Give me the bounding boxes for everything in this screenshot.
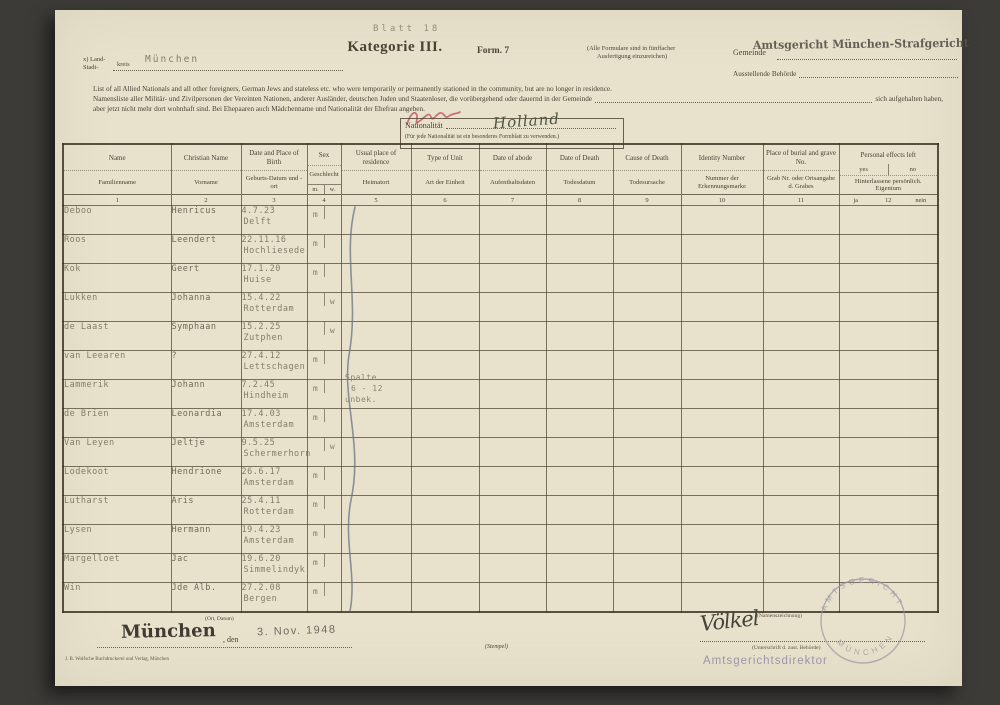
cell-sex: m	[307, 409, 341, 438]
cell-empty	[411, 467, 479, 496]
col-header-3: Date and Place of BirthGeburts-Datum und…	[241, 144, 307, 206]
cell-empty	[411, 438, 479, 467]
cell-empty	[613, 496, 681, 525]
cell-empty	[479, 206, 546, 235]
birth-place: Huise	[242, 275, 307, 286]
header-en: Christian Name	[172, 145, 241, 170]
cell-sex: m	[307, 554, 341, 583]
cell-birth: 27.4.12Lettschagen	[241, 351, 307, 380]
cell-empty	[479, 322, 546, 351]
cell-empty	[613, 264, 681, 293]
cell-empty	[763, 206, 839, 235]
cell-empty	[546, 235, 613, 264]
kreis-prefix-label: x) Land-	[83, 56, 106, 64]
cell-empty	[763, 380, 839, 409]
cell-vorname: Geert	[171, 264, 241, 293]
header-en: Type of Unit	[412, 145, 479, 170]
header-de: Todesdatum	[547, 170, 613, 194]
cell-sex: w	[307, 322, 341, 351]
city-stamp: München	[121, 620, 216, 643]
yes-no-subheader: yesno	[840, 164, 938, 175]
header-de: Grab Nr. oder Ortsangabe d. Grabes	[764, 170, 839, 194]
col-header-1: NameFamilienname1	[63, 144, 171, 206]
cell-vorname: Jde Alb.	[171, 583, 241, 612]
cell-empty	[681, 293, 763, 322]
cell-empty	[681, 409, 763, 438]
copies-note-line2: Ausfertigung einzureichen)	[587, 53, 747, 61]
header-num: 10	[682, 194, 763, 205]
header-de: Todesursache	[614, 170, 681, 194]
cell-empty	[839, 380, 938, 409]
kreis-block: x) Land- Stadt- kreis München	[83, 54, 403, 78]
court-name-stamp: Amtsgericht München-Strafgericht	[753, 36, 957, 52]
cell-sex: m	[307, 525, 341, 554]
cell-vorname: Jeltje	[171, 438, 241, 467]
sex-split: m	[308, 264, 341, 277]
table-row: LutharstAris25.4.11Rotterdamm	[63, 496, 938, 525]
cell-empty	[763, 467, 839, 496]
cell-empty	[613, 525, 681, 554]
sex-split: m	[308, 235, 341, 248]
cell-empty	[613, 322, 681, 351]
cell-empty	[411, 322, 479, 351]
sex-split: m	[308, 525, 341, 538]
annotation-line1: Spalte	[345, 372, 383, 383]
cell-empty	[411, 206, 479, 235]
col-header-12: Personal effects leftyesnoHinterlassene …	[839, 144, 938, 206]
col-header-9: Cause of DeathTodesursache9	[613, 144, 681, 206]
birth-date: 7.2.45	[242, 380, 307, 391]
cell-empty	[411, 554, 479, 583]
cell-empty	[613, 206, 681, 235]
birth-place: Amsterdam	[242, 478, 307, 489]
cell-birth: 26.6.17Amsterdam	[241, 467, 307, 496]
date-rule	[97, 647, 352, 648]
stempel-label: (Stempel)	[485, 644, 508, 650]
table-row: LysenHermann19.4.23Amsterdamm	[63, 525, 938, 554]
table-row: LodekootHendrione26.6.17Amsterdamm	[63, 467, 938, 496]
birth-date: 26.6.17	[242, 467, 307, 478]
signature-above-label: (Namenszeichnung)	[757, 613, 802, 619]
cell-empty	[681, 380, 763, 409]
cell-birth: 19.6.20Simmelindyk	[241, 554, 307, 583]
cell-empty	[546, 467, 613, 496]
columns-unknown-annotation: Spalte 6 - 12 unbek.	[345, 372, 383, 405]
date-stamp: 3. Nov. 1948	[257, 624, 337, 639]
col-header-10: Identity NumberNummer der Erkennungsmark…	[681, 144, 763, 206]
signature-below-label: (Unterschrift d. zust. Behörde)	[752, 645, 821, 651]
gemeinde-rule	[777, 59, 957, 60]
header-de: Nummer der Erkennungsmarke	[682, 170, 763, 194]
cell-empty	[546, 438, 613, 467]
sex-split: w	[308, 438, 341, 451]
table-row: RoosLeendert22.11.16Hochliesedem	[63, 235, 938, 264]
cell-empty	[411, 380, 479, 409]
cell-empty	[411, 409, 479, 438]
cell-vorname: Hendrione	[171, 467, 241, 496]
cell-birth: 4.7.23Delft	[241, 206, 307, 235]
cell-birth: 15.4.22Rotterdam	[241, 293, 307, 322]
column-brace-mark	[339, 205, 373, 613]
cell-name: Lutharst	[63, 496, 171, 525]
den-label: , den	[223, 635, 239, 644]
court-round-seal: AMTSGERICHT MÜNCHEN	[815, 573, 911, 669]
cell-empty	[839, 235, 938, 264]
cell-empty	[839, 525, 938, 554]
behoerde-label: Ausstellende Behörde	[733, 70, 796, 80]
cell-sex: m	[307, 380, 341, 409]
ja-nein-subheader: ja12nein	[840, 194, 938, 205]
header-en: Date and Place of Birth	[242, 145, 307, 170]
table-row: DebooHenricus4.7.23Delftm	[63, 206, 938, 235]
intro-line1: List of all Allied Nationals and all oth…	[93, 85, 943, 95]
cell-empty	[763, 351, 839, 380]
table-row: de BrienLeonardia17.4.03Amsterdamm	[63, 409, 938, 438]
printer-imprint: J. B. Wolfsche Buchdruckerei und Verlag,…	[65, 657, 169, 662]
seal-bottom-text: MÜNCHEN	[835, 631, 896, 657]
cell-name: de Brien	[63, 409, 171, 438]
direktor-title-stamp: Amtsgerichtsdirektor	[703, 655, 828, 667]
cell-empty	[613, 380, 681, 409]
header-en: Date of Death	[547, 145, 613, 170]
birth-place: Schermerhorn	[242, 449, 307, 460]
intro-line2: Namensliste aller Militär- und Zivilpers…	[93, 95, 943, 105]
header-de: Hinterlassene persönlich. Eigentum	[840, 175, 938, 194]
birth-date: 19.6.20	[242, 554, 307, 565]
form-number: Form. 7	[477, 46, 509, 56]
cell-empty	[763, 525, 839, 554]
cell-empty	[681, 206, 763, 235]
seal-top-text: AMTSGERICHT	[819, 576, 905, 612]
cell-empty	[479, 293, 546, 322]
cell-birth: 17.4.03Amsterdam	[241, 409, 307, 438]
sex-split: m	[308, 583, 341, 596]
cell-empty	[763, 496, 839, 525]
intro-line2-tail: sich aufgehalten haben,	[875, 95, 943, 105]
col-header-4: SexGeschlechtm.w.4	[307, 144, 341, 206]
header-num: 6	[412, 194, 479, 205]
cell-sex: w	[307, 293, 341, 322]
cell-empty	[411, 496, 479, 525]
cell-birth: 25.4.11Rotterdam	[241, 496, 307, 525]
cell-empty	[546, 496, 613, 525]
cell-empty	[411, 351, 479, 380]
cell-empty	[839, 206, 938, 235]
cell-empty	[681, 322, 763, 351]
cell-vorname: Aris	[171, 496, 241, 525]
cell-empty	[546, 409, 613, 438]
birth-date: 25.4.11	[242, 496, 307, 507]
cell-empty	[681, 351, 763, 380]
cell-name: de Laast	[63, 322, 171, 351]
page-title: Kategorie III.	[295, 39, 495, 56]
cell-name: Lodekoot	[63, 467, 171, 496]
nationality-note: (Für jede Nationalität ist ein besondere…	[405, 134, 619, 140]
birth-place: Hochliesede	[242, 246, 307, 257]
cell-vorname: Leendert	[171, 235, 241, 264]
cell-empty	[479, 496, 546, 525]
cell-empty	[479, 525, 546, 554]
table-row: WinJde Alb.27.2.08Bergenm	[63, 583, 938, 612]
cell-empty	[839, 351, 938, 380]
cell-sex: m	[307, 206, 341, 235]
cell-vorname: Leonardia	[171, 409, 241, 438]
cell-empty	[763, 409, 839, 438]
birth-place: Rotterdam	[242, 507, 307, 518]
sex-split: m	[308, 351, 341, 364]
birth-date: 22.11.16	[242, 235, 307, 246]
sheet-number-stamp: Blatt 18	[373, 24, 440, 34]
header-en: Usual place of residence	[342, 145, 411, 170]
birth-place: Hindheim	[242, 391, 307, 402]
cell-name: Win	[63, 583, 171, 612]
header-num: 1	[64, 194, 171, 205]
cell-empty	[546, 206, 613, 235]
kreis-line2-label: Stadt-	[83, 64, 106, 72]
cell-empty	[763, 322, 839, 351]
cell-sex: w	[307, 438, 341, 467]
cell-empty	[681, 525, 763, 554]
cell-sex: m	[307, 496, 341, 525]
header-en: Identity Number	[682, 145, 763, 170]
cell-empty	[839, 264, 938, 293]
table-row: Van LeyenJeltje9.5.25Schermerhornw	[63, 438, 938, 467]
cell-empty	[839, 438, 938, 467]
cell-empty	[613, 554, 681, 583]
cell-empty	[479, 467, 546, 496]
cell-empty	[839, 467, 938, 496]
cell-empty	[546, 525, 613, 554]
cell-empty	[839, 322, 938, 351]
birth-place: Amsterdam	[242, 420, 307, 431]
cell-name: Deboo	[63, 206, 171, 235]
birth-date: 4.7.23	[242, 206, 307, 217]
cell-birth: 7.2.45Hindheim	[241, 380, 307, 409]
sex-split: m	[308, 206, 341, 219]
intro-paragraph: List of all Allied Nationals and all oth…	[93, 85, 943, 114]
kreis-value: München	[145, 54, 199, 65]
header-num: 3	[242, 194, 307, 205]
table-row: LukkenJohanna15.4.22Rotterdamw	[63, 293, 938, 322]
cell-empty	[411, 293, 479, 322]
cell-empty	[681, 496, 763, 525]
cell-empty	[546, 554, 613, 583]
cell-vorname: Johann	[171, 380, 241, 409]
cell-birth: 27.2.08Bergen	[241, 583, 307, 612]
birth-date: 15.2.25	[242, 322, 307, 333]
cell-empty	[613, 467, 681, 496]
sex-split: w	[308, 293, 341, 306]
cell-empty	[479, 554, 546, 583]
cell-empty	[479, 409, 546, 438]
sex-split: m	[308, 467, 341, 480]
cell-birth: 15.2.25Zutphen	[241, 322, 307, 351]
header-en: Sex	[308, 145, 341, 165]
cell-sex: m	[307, 264, 341, 293]
cell-name: Lammerik	[63, 380, 171, 409]
cell-empty	[763, 438, 839, 467]
cell-sex: m	[307, 235, 341, 264]
cell-vorname: Jac	[171, 554, 241, 583]
birth-place: Delft	[242, 217, 307, 228]
header-de: Geschlecht	[308, 165, 341, 184]
cell-empty	[546, 583, 613, 612]
header-en: Personal effects left	[840, 145, 938, 164]
cell-empty	[763, 293, 839, 322]
cell-empty	[479, 583, 546, 612]
kreis-rule	[113, 70, 343, 71]
sex-split: m	[308, 496, 341, 509]
birth-date: 17.4.03	[242, 409, 307, 420]
sex-split: m	[308, 554, 341, 567]
header-num: 8	[547, 194, 613, 205]
col-header-6: Type of UnitArt der Einheit6	[411, 144, 479, 206]
cell-empty	[681, 467, 763, 496]
sex-split: w	[308, 322, 341, 335]
copies-note-line1: (Alle Formulare sind in fünffacher	[587, 45, 747, 53]
registry-table: NameFamilienname1Christian NameVorname2D…	[62, 143, 939, 613]
birth-date: 17.1.20	[242, 264, 307, 275]
cell-empty	[546, 264, 613, 293]
header-de: Familienname	[64, 170, 171, 194]
header-num: 9	[614, 194, 681, 205]
cell-empty	[546, 293, 613, 322]
cell-empty	[479, 380, 546, 409]
cell-empty	[681, 264, 763, 293]
cell-empty	[681, 438, 763, 467]
annotation-line2: 6 - 12	[345, 383, 383, 394]
header-num: 11	[764, 194, 839, 205]
cell-name: Lukken	[63, 293, 171, 322]
intro-line2-text: Namensliste aller Militär- und Zivilpers…	[93, 95, 592, 105]
cell-name: Lysen	[63, 525, 171, 554]
table-row: van Leearen?27.4.12Lettschagenm	[63, 351, 938, 380]
cell-empty	[479, 264, 546, 293]
intro-line2-blank	[595, 95, 872, 103]
cell-empty	[839, 409, 938, 438]
header-de: Geburts-Datum und -ort	[242, 170, 307, 194]
svg-text:MÜNCHEN: MÜNCHEN	[835, 631, 896, 657]
cell-sex: m	[307, 467, 341, 496]
cell-vorname: Hermann	[171, 525, 241, 554]
col-header-8: Date of DeathTodesdatum8	[546, 144, 613, 206]
birth-place: Zutphen	[242, 333, 307, 344]
cell-empty	[479, 351, 546, 380]
cell-empty	[681, 554, 763, 583]
cell-name: Kok	[63, 264, 171, 293]
header-de: Art der Einheit	[412, 170, 479, 194]
birth-date: 27.4.12	[242, 351, 307, 362]
signature-handwritten: Völkel	[699, 606, 760, 636]
sex-subheader: m.w.	[308, 184, 341, 194]
header-en: Cause of Death	[614, 145, 681, 170]
cell-name: Margelloet	[63, 554, 171, 583]
col-header-2: Christian NameVorname2	[171, 144, 241, 206]
cell-birth: 9.5.25Schermerhorn	[241, 438, 307, 467]
cell-empty	[763, 264, 839, 293]
cell-vorname: Symphaan	[171, 322, 241, 351]
table-row: LammerikJohann7.2.45Hindheimm	[63, 380, 938, 409]
cell-empty	[546, 380, 613, 409]
cell-empty	[839, 293, 938, 322]
birth-place: Rotterdam	[242, 304, 307, 315]
header-en: Name	[64, 145, 171, 170]
cell-empty	[546, 322, 613, 351]
cell-vorname: Johanna	[171, 293, 241, 322]
cell-empty	[613, 583, 681, 612]
header-num: 2	[172, 194, 241, 205]
header-num: 5	[342, 194, 411, 205]
header-num: 4	[308, 194, 341, 205]
cell-empty	[411, 525, 479, 554]
header-de: Vorname	[172, 170, 241, 194]
cell-empty	[411, 235, 479, 264]
table-row: KokGeert17.1.20Huisem	[63, 264, 938, 293]
svg-text:AMTSGERICHT: AMTSGERICHT	[819, 576, 905, 612]
header-en: Place of burial and grave No.	[764, 145, 839, 170]
cell-vorname: Henricus	[171, 206, 241, 235]
cell-name: van Leearen	[63, 351, 171, 380]
cell-empty	[546, 351, 613, 380]
cell-empty	[479, 235, 546, 264]
behoerde-row: Ausstellende Behörde	[733, 70, 961, 80]
cell-empty	[411, 583, 479, 612]
cell-sex: m	[307, 351, 341, 380]
sex-split: m	[308, 380, 341, 393]
cell-vorname: ?	[171, 351, 241, 380]
cell-empty	[763, 235, 839, 264]
header-num: 7	[480, 194, 546, 205]
birth-date: 15.4.22	[242, 293, 307, 304]
sex-split: m	[308, 409, 341, 422]
cell-birth: 22.11.16Hochliesede	[241, 235, 307, 264]
cell-name: Roos	[63, 235, 171, 264]
cell-empty	[613, 293, 681, 322]
header-de: Aufenthaltsdaten	[480, 170, 546, 194]
birth-place: Amsterdam	[242, 536, 307, 547]
cell-birth: 17.1.20Huise	[241, 264, 307, 293]
cell-empty	[479, 438, 546, 467]
behoerde-rule	[799, 70, 958, 78]
cell-empty	[681, 235, 763, 264]
cell-empty	[411, 264, 479, 293]
table-row: de LaastSymphaan15.2.25Zutphenw	[63, 322, 938, 351]
nationality-label: Nationalität	[405, 121, 443, 131]
cell-sex: m	[307, 583, 341, 612]
col-header-5: Usual place of residenceHeimatort5	[341, 144, 411, 206]
kreis-suffix-label: kreis	[117, 61, 130, 68]
copies-note: (Alle Formulare sind in fünffacher Ausfe…	[587, 45, 747, 61]
cell-empty	[613, 235, 681, 264]
cell-empty	[613, 351, 681, 380]
birth-date: 19.4.23	[242, 525, 307, 536]
scanned-form-page: Blatt 18 x) Land- Stadt- kreis München K…	[55, 10, 962, 686]
cell-name: Van Leyen	[63, 438, 171, 467]
annotation-line3: unbek.	[345, 394, 383, 405]
col-header-7: Date of abodeAufenthaltsdaten7	[479, 144, 546, 206]
birth-place: Simmelindyk	[242, 565, 307, 576]
birth-place: Bergen	[242, 594, 307, 605]
cell-empty	[613, 409, 681, 438]
header-de: Heimatort	[342, 170, 411, 194]
birth-place: Lettschagen	[242, 362, 307, 373]
col-header-11: Place of burial and grave No.Grab Nr. od…	[763, 144, 839, 206]
header-en: Date of abode	[480, 145, 546, 170]
birth-date: 9.5.25	[242, 438, 307, 449]
cell-birth: 19.4.23Amsterdam	[241, 525, 307, 554]
cell-empty	[613, 438, 681, 467]
birth-date: 27.2.08	[242, 583, 307, 594]
